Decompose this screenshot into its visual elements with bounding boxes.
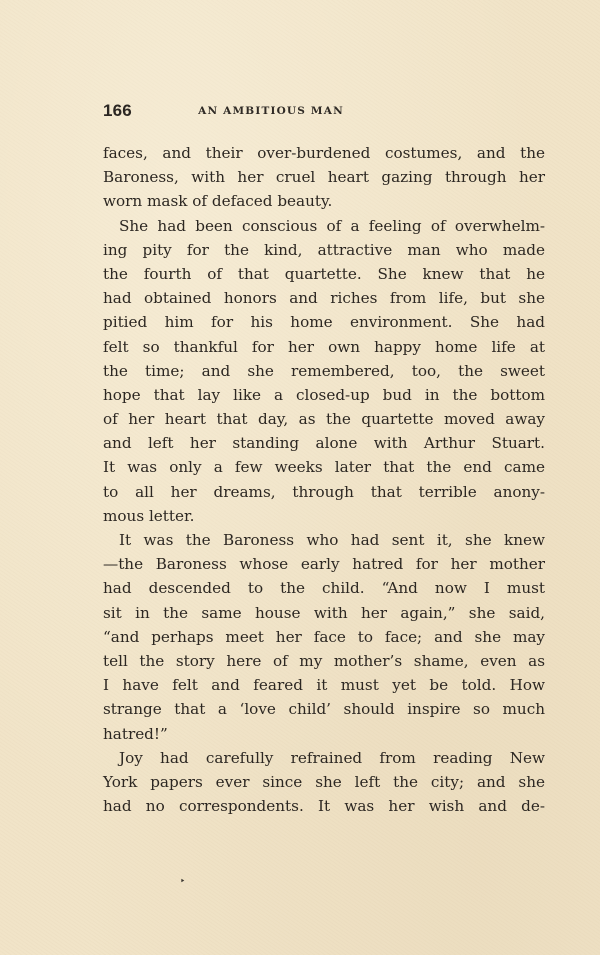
text-line: the time; and she remembered, too, the s… bbox=[103, 359, 545, 383]
text-line: —the Baroness whose early hatred for her… bbox=[103, 552, 545, 576]
text-line: It was the Baroness who had sent it, she… bbox=[103, 528, 545, 552]
text-line: the fourth of that quartette. She knew t… bbox=[103, 262, 545, 286]
text-line: “and perhaps meet her face to face; and … bbox=[103, 625, 545, 649]
text-line: She had been conscious of a feeling of o… bbox=[103, 214, 545, 238]
text-line: worn mask of defaced beauty. bbox=[103, 189, 545, 213]
text-line: sit in the same house with her again,” s… bbox=[103, 601, 545, 625]
running-head: 166 AN AMBITIOUS MAN bbox=[103, 101, 545, 123]
text-line: felt so thankful for her own happy home … bbox=[103, 335, 545, 359]
text-line: and left her standing alone with Arthur … bbox=[103, 431, 545, 455]
text-line: had obtained honors and riches from life… bbox=[103, 286, 545, 310]
text-line: had descended to the child. “And now I m… bbox=[103, 576, 545, 600]
text-line: strange that a ‘love child’ should inspi… bbox=[103, 697, 545, 721]
printer-mark: ‣ bbox=[180, 877, 185, 887]
text-line: to all her dreams, through that terrible… bbox=[103, 480, 545, 504]
text-line: hope that lay like a closed-up bud in th… bbox=[103, 383, 545, 407]
text-line: pitied him for his home environment. She… bbox=[103, 310, 545, 334]
running-title: AN AMBITIOUS MAN bbox=[156, 105, 386, 117]
text-line: York papers ever since she left the city… bbox=[103, 770, 545, 794]
text-line: tell the story here of my mother’s shame… bbox=[103, 649, 545, 673]
text-line: had no correspondents. It was her wish a… bbox=[103, 794, 545, 818]
text-line: faces, and their over-burdened costumes,… bbox=[103, 141, 545, 165]
text-line: hatred!” bbox=[103, 722, 545, 746]
book-page: 166 AN AMBITIOUS MAN faces, and their ov… bbox=[0, 0, 600, 955]
text-line: Joy had carefully refrained from reading… bbox=[103, 746, 545, 770]
text-line: I have felt and feared it must yet be to… bbox=[103, 673, 545, 697]
text-line: ing pity for the kind, attractive man wh… bbox=[103, 238, 545, 262]
text-line: Baroness, with her cruel heart gazing th… bbox=[103, 165, 545, 189]
text-line: It was only a few weeks later that the e… bbox=[103, 455, 545, 479]
text-line: of her heart that day, as the quartette … bbox=[103, 407, 545, 431]
text-line: mous letter. bbox=[103, 504, 545, 528]
body-text: faces, and their over-burdened costumes,… bbox=[103, 141, 545, 818]
page-number: 166 bbox=[103, 101, 132, 121]
